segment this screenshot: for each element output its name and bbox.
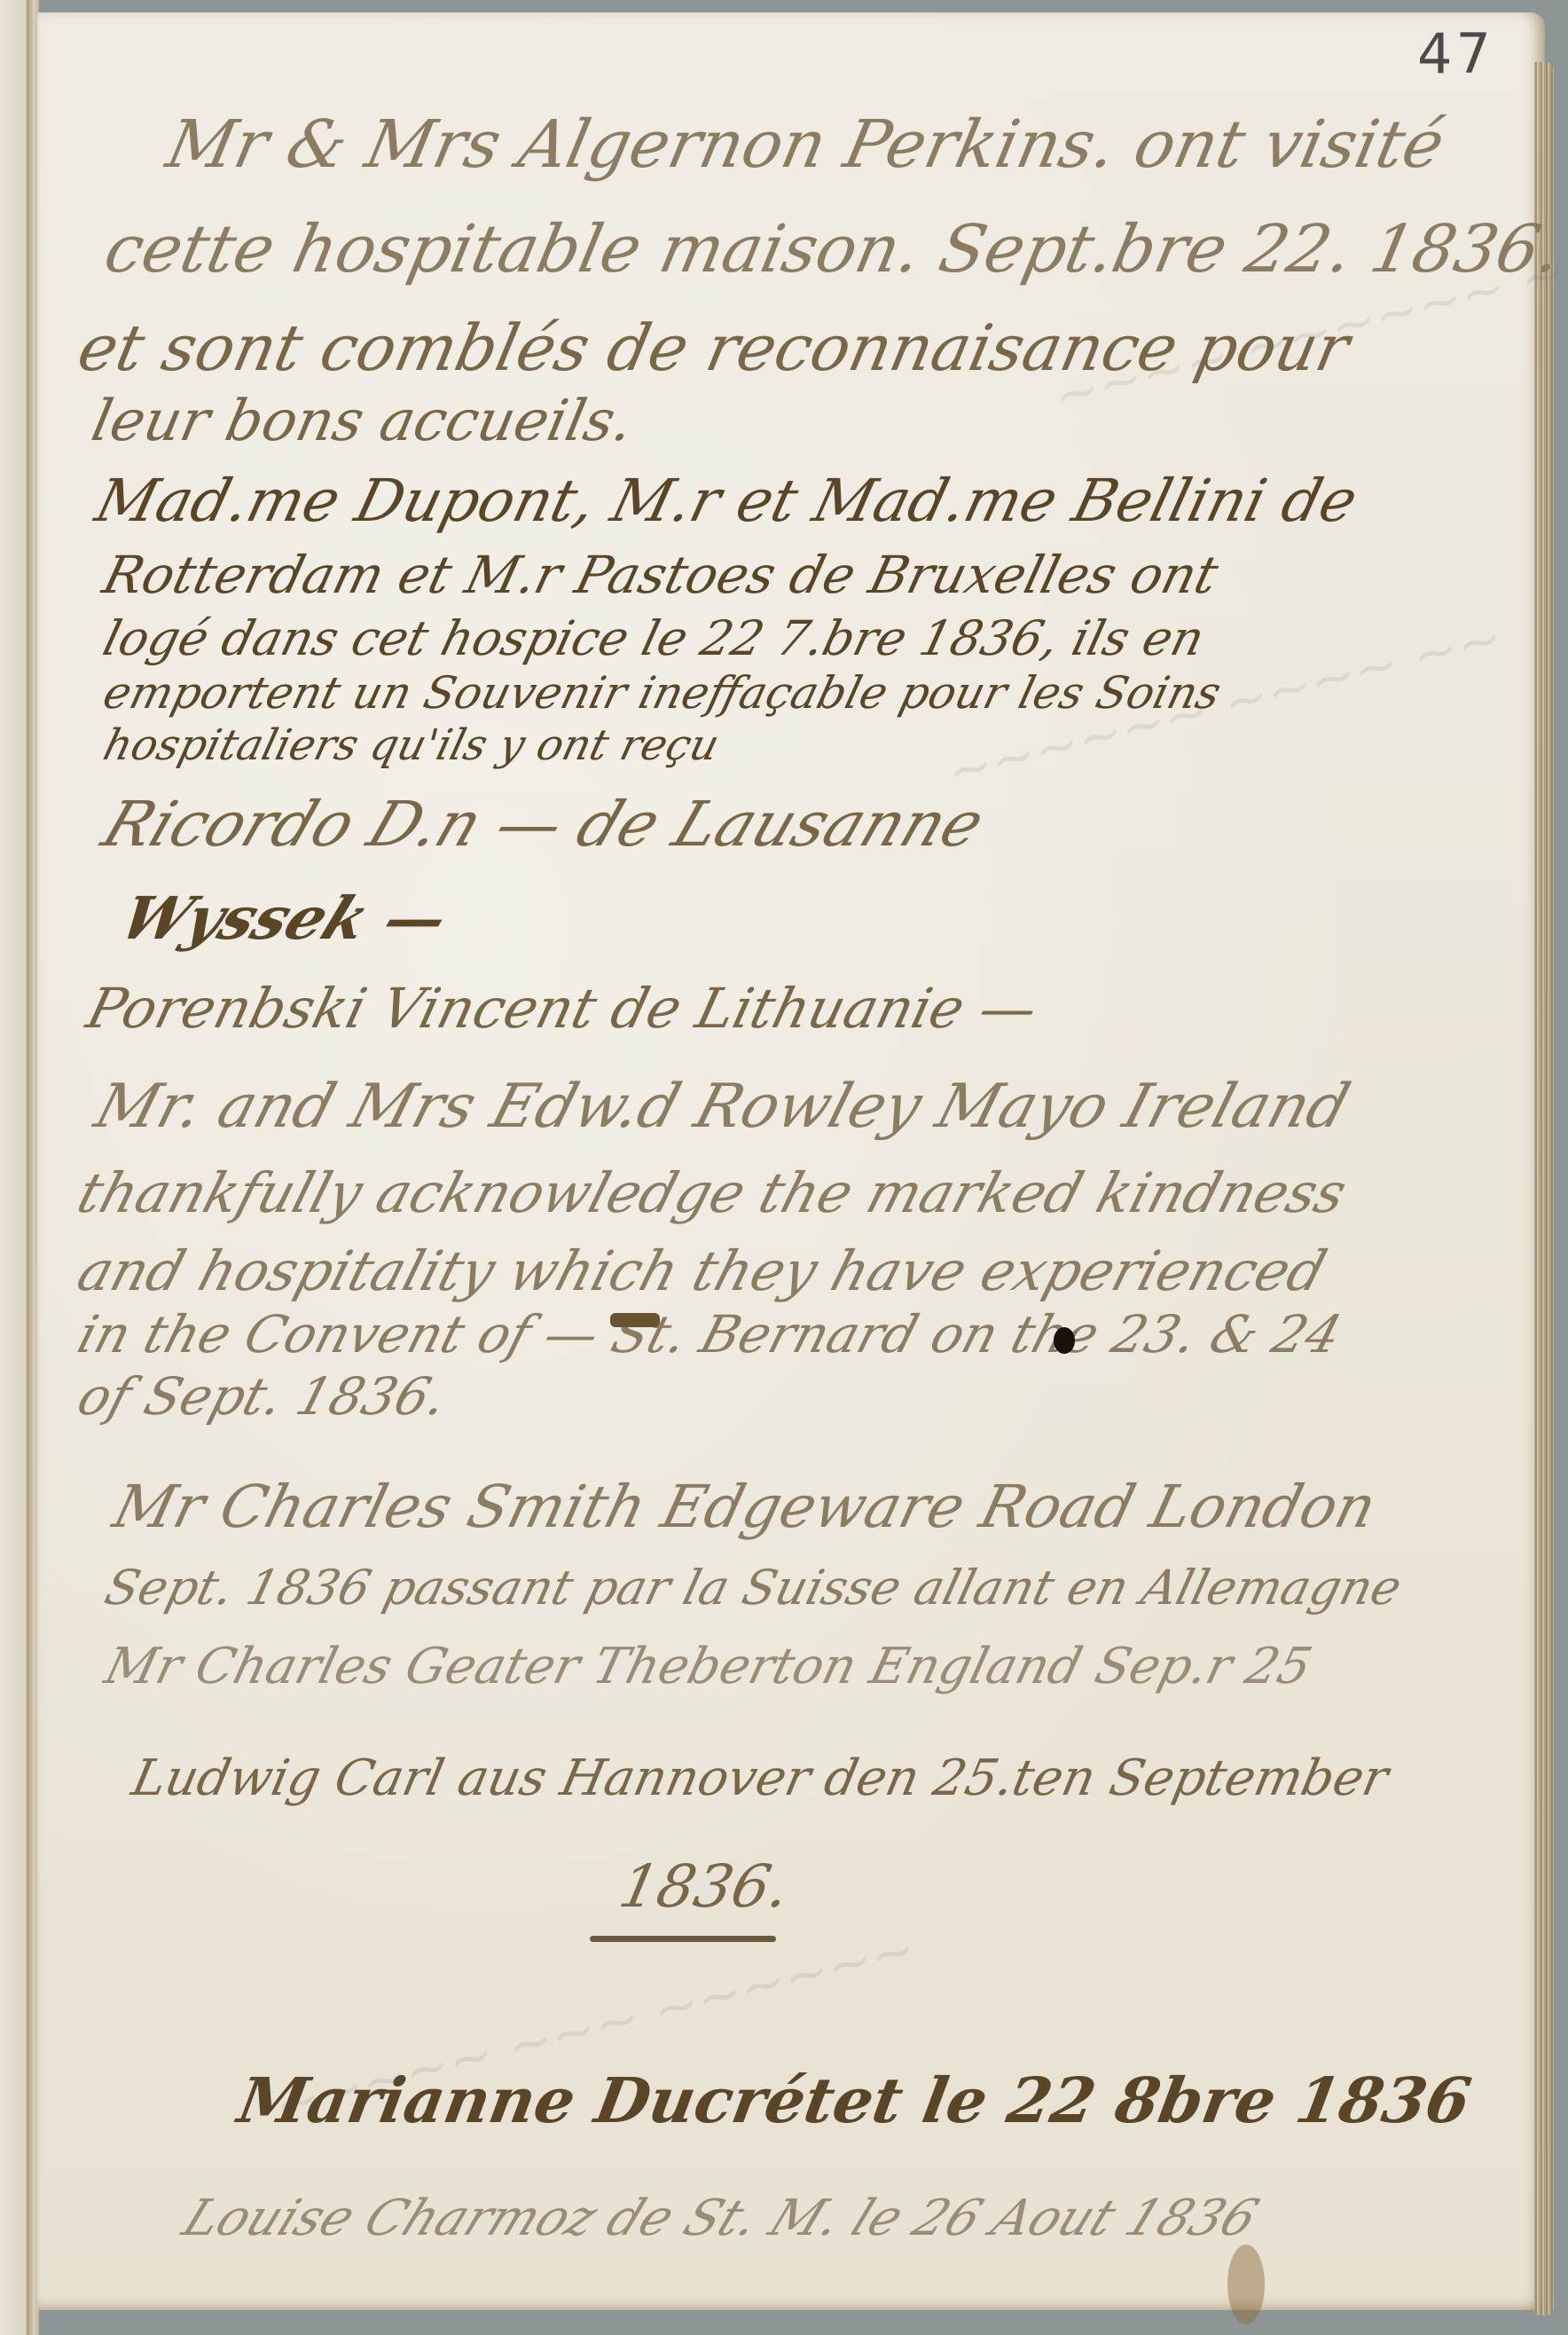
entry-ducretet-line-1: Marianne Ducrétet le 22 8bre 1836 xyxy=(233,2064,1477,2137)
ink-smudge xyxy=(610,1313,660,1327)
underline-flourish xyxy=(590,1936,776,1942)
folio-number: 47 xyxy=(1417,21,1494,86)
entry-perkins-line-3: et sont comblés de reconnaisance pour xyxy=(72,311,1356,385)
entry-ricordo-line-1: Ricordo D.n — de Lausanne xyxy=(93,788,993,861)
entry-carl-line-1: Ludwig Carl aus Hannover den 25.ten Sept… xyxy=(127,1749,1393,1807)
entry-rowley-line-4: in the Convent of — St. Bernard on the 2… xyxy=(71,1304,1348,1364)
ink-blot xyxy=(1054,1327,1075,1354)
entry-geater-line-1: Mr Charles Geater Theberton England Sep.… xyxy=(99,1638,1317,1695)
entry-rowley-line-3: and hospitality which they have experien… xyxy=(71,1238,1334,1303)
entry-carl-year: 1836. xyxy=(614,1852,796,1921)
page-stack-edge xyxy=(1534,62,1554,2315)
entry-dupont-line-5: hospitaliers qu'ils y ont reçu xyxy=(98,720,725,770)
entry-rowley-line-2: thankfully acknowledge the marked kindne… xyxy=(71,1160,1354,1225)
entry-smith-line-2: Sept. 1836 passant par la Suisse allant … xyxy=(99,1560,1407,1616)
water-stain xyxy=(1227,2245,1265,2324)
entry-perkins-line-1: Mr & Mrs Algernon Perkins. ont visité xyxy=(161,106,1451,183)
entry-dupont-line-4: emportent un Souvenir ineffaçable pour l… xyxy=(98,667,1227,719)
entry-rowley-line-5: of Sept. 1836. xyxy=(71,1366,454,1427)
entry-dupont-line-3: logé dans cet hospice le 22 7.bre 1836, … xyxy=(98,610,1210,666)
entry-dupont-line-2: Rotterdam et M.r Pastoes de Bruxelles on… xyxy=(98,545,1225,605)
entry-porenbski-line-1: Porenbski Vincent de Lithuanie — xyxy=(81,976,1044,1041)
entry-charmoz-line-1: Louise Charmoz de St. M. le 26 Aout 1836 xyxy=(175,2190,1266,2247)
entry-rowley-line-1: Mr. and Mrs Edw.d Rowley Mayo Ireland xyxy=(88,1072,1357,1142)
entry-dupont-line-1: Mad.me Dupont, M.r et Mad.me Bellini de xyxy=(89,467,1364,535)
entry-perkins-line-2: cette hospitable maison. Sept.bre 22. 18… xyxy=(98,211,1568,287)
entry-wyssek-signature: Wyssek — xyxy=(110,884,459,953)
entry-perkins-line-4: leur bons accueils. xyxy=(86,389,639,454)
entry-smith-line-1: Mr Charles Smith Edgeware Road London xyxy=(106,1473,1383,1541)
